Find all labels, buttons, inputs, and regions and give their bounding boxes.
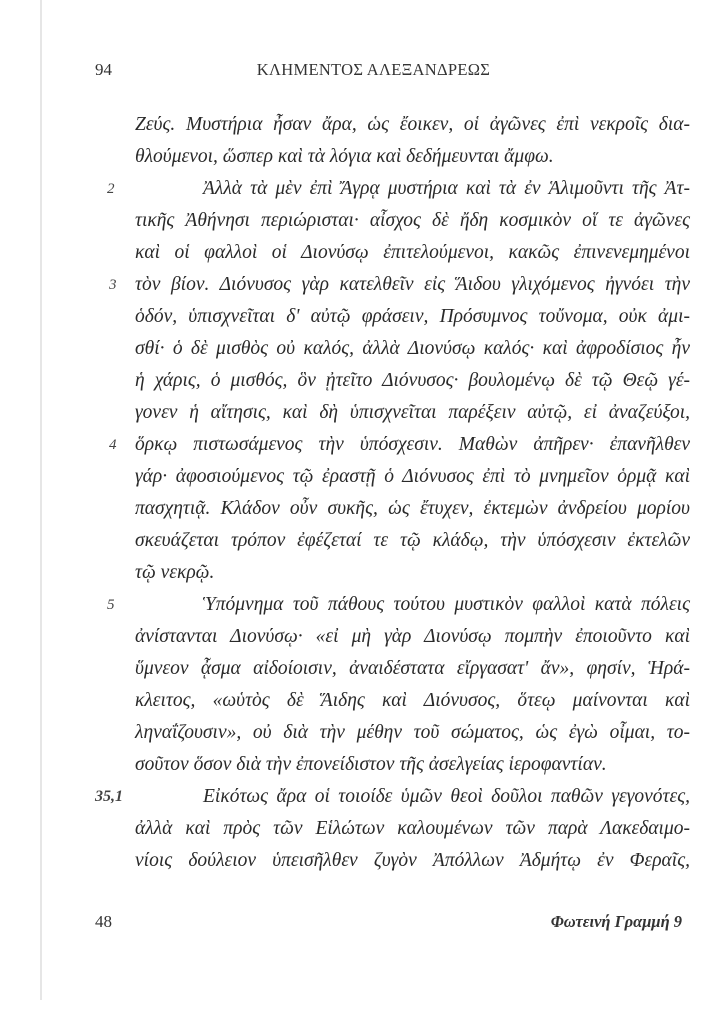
line-text: ἡ χάρις, ὁ μισθός, ὃν ᾐτεῖτο Διόνυσος· β… [135,365,690,397]
line-text: σθί· ὁ δὲ μισθὸς οὐ καλός, ἀλλὰ Διονύσῳ … [135,333,690,365]
line-text: κλειτος, «ωὑτὸς δὲ Ἅιδης καὶ Διόνυσος, ὅ… [135,685,690,717]
line-text: σοῦτον ὅσον διὰ τὴν ἐπονείδιστον τῆς ἀσε… [135,749,690,781]
text-line: κλειτος, «ωὑτὸς δὲ Ἅιδης καὶ Διόνυσος, ὅ… [95,685,690,717]
text-line: ἀλλὰ καὶ πρὸς τῶν Εἱλώτων καλουμένων τῶν… [95,813,690,845]
section-marker: 5 [107,589,115,621]
text-line: τικῆς Ἀθήνησι περιώρισται· αἶσχος δὲ ἤδη… [95,205,690,237]
line-text: πασχητιᾷ. Κλάδον οὖν συκῆς, ὡς ἔτυχεν, ἐ… [135,493,690,525]
text-line: θλούμενοι, ὥσπερ καὶ τὰ λόγια καὶ δεδήμε… [95,141,690,173]
line-text: ὅρκῳ πιστωσάμενος τὴν ὑπόσχεσιν. Μαθὼν ἀ… [135,429,690,461]
body-text: Ζεύς. Μυστήρια ἦσαν ἄρα, ὡς ἔοικεν, οἱ ἀ… [95,109,690,877]
series-name: Φωτεινή Γραμμή 9 [551,912,682,932]
section-marker: 2 [107,173,115,205]
line-text: Ὑπόμνημα τοῦ πάθους τούτου μυστικὸν φαλλ… [203,589,690,621]
section-marker: 3 [109,269,117,301]
line-text: Εἰκότως ἄρα οἱ τοιοίδε ὑμῶν θεοὶ δοῦλοι … [203,781,690,813]
line-text: τὸν βίον. Διόνυσος γὰρ κατελθεῖν εἰς Ἅιδ… [135,269,690,301]
text-line: 35,1Εἰκότως ἄρα οἱ τοιοίδε ὑμῶν θεοὶ δοῦ… [95,781,690,813]
text-line: σκευάζεται τρόπον ἐφέζεταί τε τῷ κλάδῳ, … [95,525,690,557]
page-binding-edge [40,0,42,1000]
text-line: ἀνίστανται Διονύσῳ· «εἰ μὴ γὰρ Διονύσῳ π… [95,621,690,653]
line-text: ἀλλὰ καὶ πρὸς τῶν Εἱλώτων καλουμένων τῶν… [135,813,690,845]
line-text: τῷ νεκρῷ. [135,557,690,589]
text-line: ὕμνεον ᾆσμα αἰδοίοισιν, ἀναιδέστατα εἴργ… [95,653,690,685]
text-line: 5Ὑπόμνημα τοῦ πάθους τούτου μυστικὸν φαλ… [95,589,690,621]
line-text: ἀνίστανται Διονύσῳ· «εἰ μὴ γὰρ Διονύσῳ π… [135,621,690,653]
page-footer: 48 Φωτεινή Γραμμή 9 [95,912,682,942]
line-text: γονεν ἡ αἴτησις, καὶ δὴ ὑπισχνεῖται παρέ… [135,397,690,429]
line-text: ληναΐζουσιν», οὐ διὰ τὴν μέθην τοῦ σώματ… [135,717,690,749]
line-text: γάρ· ἀφοσιούμενος τῷ ἐραστῇ ὁ Διόνυσος ἐ… [135,461,690,493]
section-marker: 4 [109,429,117,461]
section-marker: 35,1 [95,781,123,813]
text-line: σοῦτον ὅσον διὰ τὴν ἐπονείδιστον τῆς ἀσε… [95,749,690,781]
text-line: τῷ νεκρῷ. [95,557,690,589]
line-text: σκευάζεται τρόπον ἐφέζεταί τε τῷ κλάδῳ, … [135,525,690,557]
line-text: Ζεύς. Μυστήρια ἦσαν ἄρα, ὡς ἔοικεν, οἱ ἀ… [135,109,690,141]
line-text: θλούμενοι, ὥσπερ καὶ τὰ λόγια καὶ δεδήμε… [135,141,690,173]
text-line: καὶ οἱ φαλλοὶ οἱ Διονύσῳ ἐπιτελούμενοι, … [95,237,690,269]
text-line: γάρ· ἀφοσιούμενος τῷ ἐραστῇ ὁ Διόνυσος ἐ… [95,461,690,493]
text-line: πασχητιᾷ. Κλάδον οὖν συκῆς, ὡς ἔτυχεν, ἐ… [95,493,690,525]
text-line: ὁδόν, ὑπισχνεῖται δ' αὐτῷ φράσειν, Πρόσυ… [95,301,690,333]
line-text: τικῆς Ἀθήνησι περιώρισται· αἶσχος δὲ ἤδη… [135,205,690,237]
running-header: 94 ΚΛΗΜΕΝΤΟΣ ΑΛΕΞΑΝΔΡΕΩΣ [95,60,680,86]
page-number-bottom: 48 [95,912,112,932]
text-line: ἡ χάρις, ὁ μισθός, ὃν ᾐτεῖτο Διόνυσος· β… [95,365,690,397]
line-text: Ἀλλὰ τὰ μὲν ἐπὶ Ἄγρᾳ μυστήρια καὶ τὰ ἐν … [203,173,690,205]
text-line: 4ὅρκῳ πιστωσάμενος τὴν ὑπόσχεσιν. Μαθὼν … [95,429,690,461]
line-text: καὶ οἱ φαλλοὶ οἱ Διονύσῳ ἐπιτελούμενοι, … [135,237,690,269]
book-title: ΚΛΗΜΕΝΤΟΣ ΑΛΕΞΑΝΔΡΕΩΣ [95,60,680,80]
text-line: νίοις δούλειον ὑπεισῆλθεν ζυγὸν Ἀπόλλων … [95,845,690,877]
text-line: 2Ἀλλὰ τὰ μὲν ἐπὶ Ἄγρᾳ μυστήρια καὶ τὰ ἐν… [95,173,690,205]
line-text: ὁδόν, ὑπισχνεῖται δ' αὐτῷ φράσειν, Πρόσυ… [135,301,690,333]
text-line: σθί· ὁ δὲ μισθὸς οὐ καλός, ἀλλὰ Διονύσῳ … [95,333,690,365]
line-text: ὕμνεον ᾆσμα αἰδοίοισιν, ἀναιδέστατα εἴργ… [135,653,690,685]
text-line: 3τὸν βίον. Διόνυσος γὰρ κατελθεῖν εἰς Ἅι… [95,269,690,301]
text-line: ληναΐζουσιν», οὐ διὰ τὴν μέθην τοῦ σώματ… [95,717,690,749]
line-text: νίοις δούλειον ὑπεισῆλθεν ζυγὸν Ἀπόλλων … [135,845,690,877]
text-line: γονεν ἡ αἴτησις, καὶ δὴ ὑπισχνεῖται παρέ… [95,397,690,429]
text-line: Ζεύς. Μυστήρια ἦσαν ἄρα, ὡς ἔοικεν, οἱ ἀ… [95,109,690,141]
